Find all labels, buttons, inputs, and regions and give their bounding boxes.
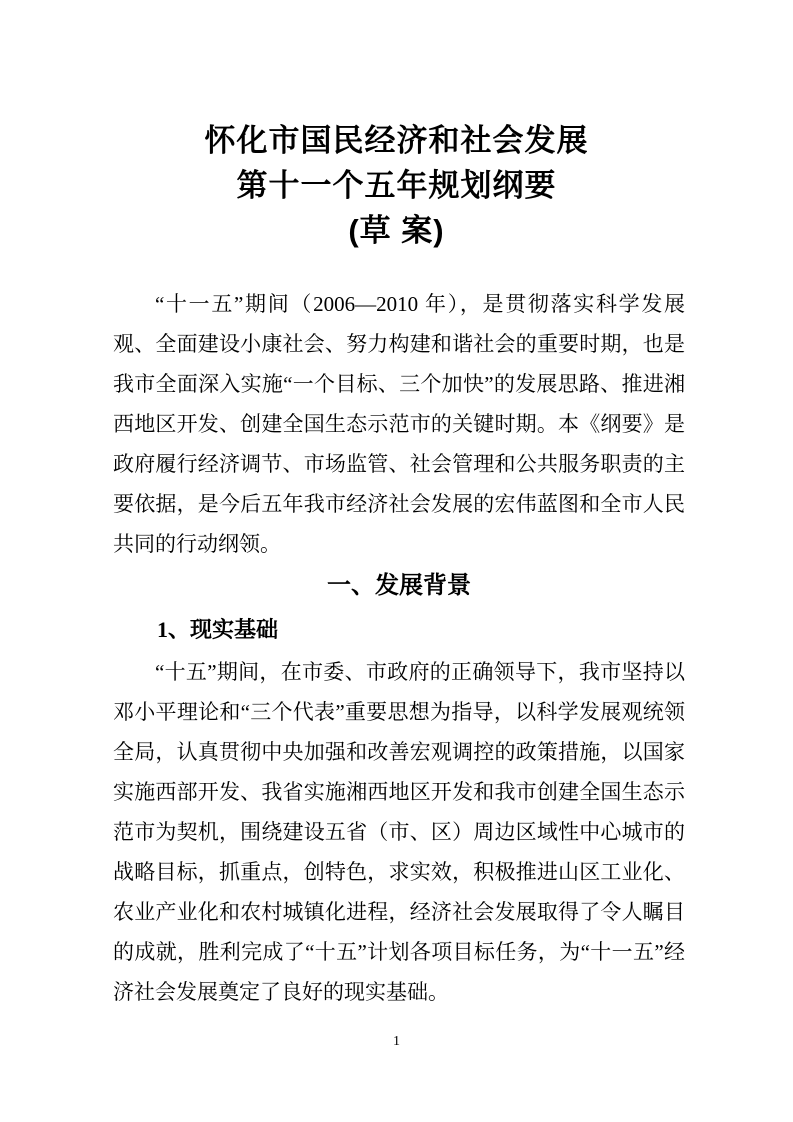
section-heading: 一、发展背景 [113, 564, 685, 608]
title-line-1: 怀化市国民经济和社会发展 [0, 118, 793, 163]
document-title: 怀化市国民经济和社会发展 第十一个五年规划纲要 (草 案) [0, 118, 793, 253]
title-line-2: 第十一个五年规划纲要 [0, 163, 793, 208]
document-page: 怀化市国民经济和社会发展 第十一个五年规划纲要 (草 案) “十一五”期间（20… [0, 0, 793, 1122]
page-number: 1 [0, 1034, 793, 1050]
title-line-3: (草 案) [0, 208, 793, 253]
subsection-heading: 1、现实基础 [113, 608, 685, 652]
intro-paragraph: “十一五”期间（2006—2010 年），是贯彻落实科学发展观、全面建设小康社会… [113, 284, 685, 564]
document-body: “十一五”期间（2006—2010 年），是贯彻落实科学发展观、全面建设小康社会… [113, 284, 685, 1012]
body-paragraph: “十五”期间，在市委、市政府的正确领导下，我市坚持以邓小平理论和“三个代表”重要… [113, 652, 685, 1012]
